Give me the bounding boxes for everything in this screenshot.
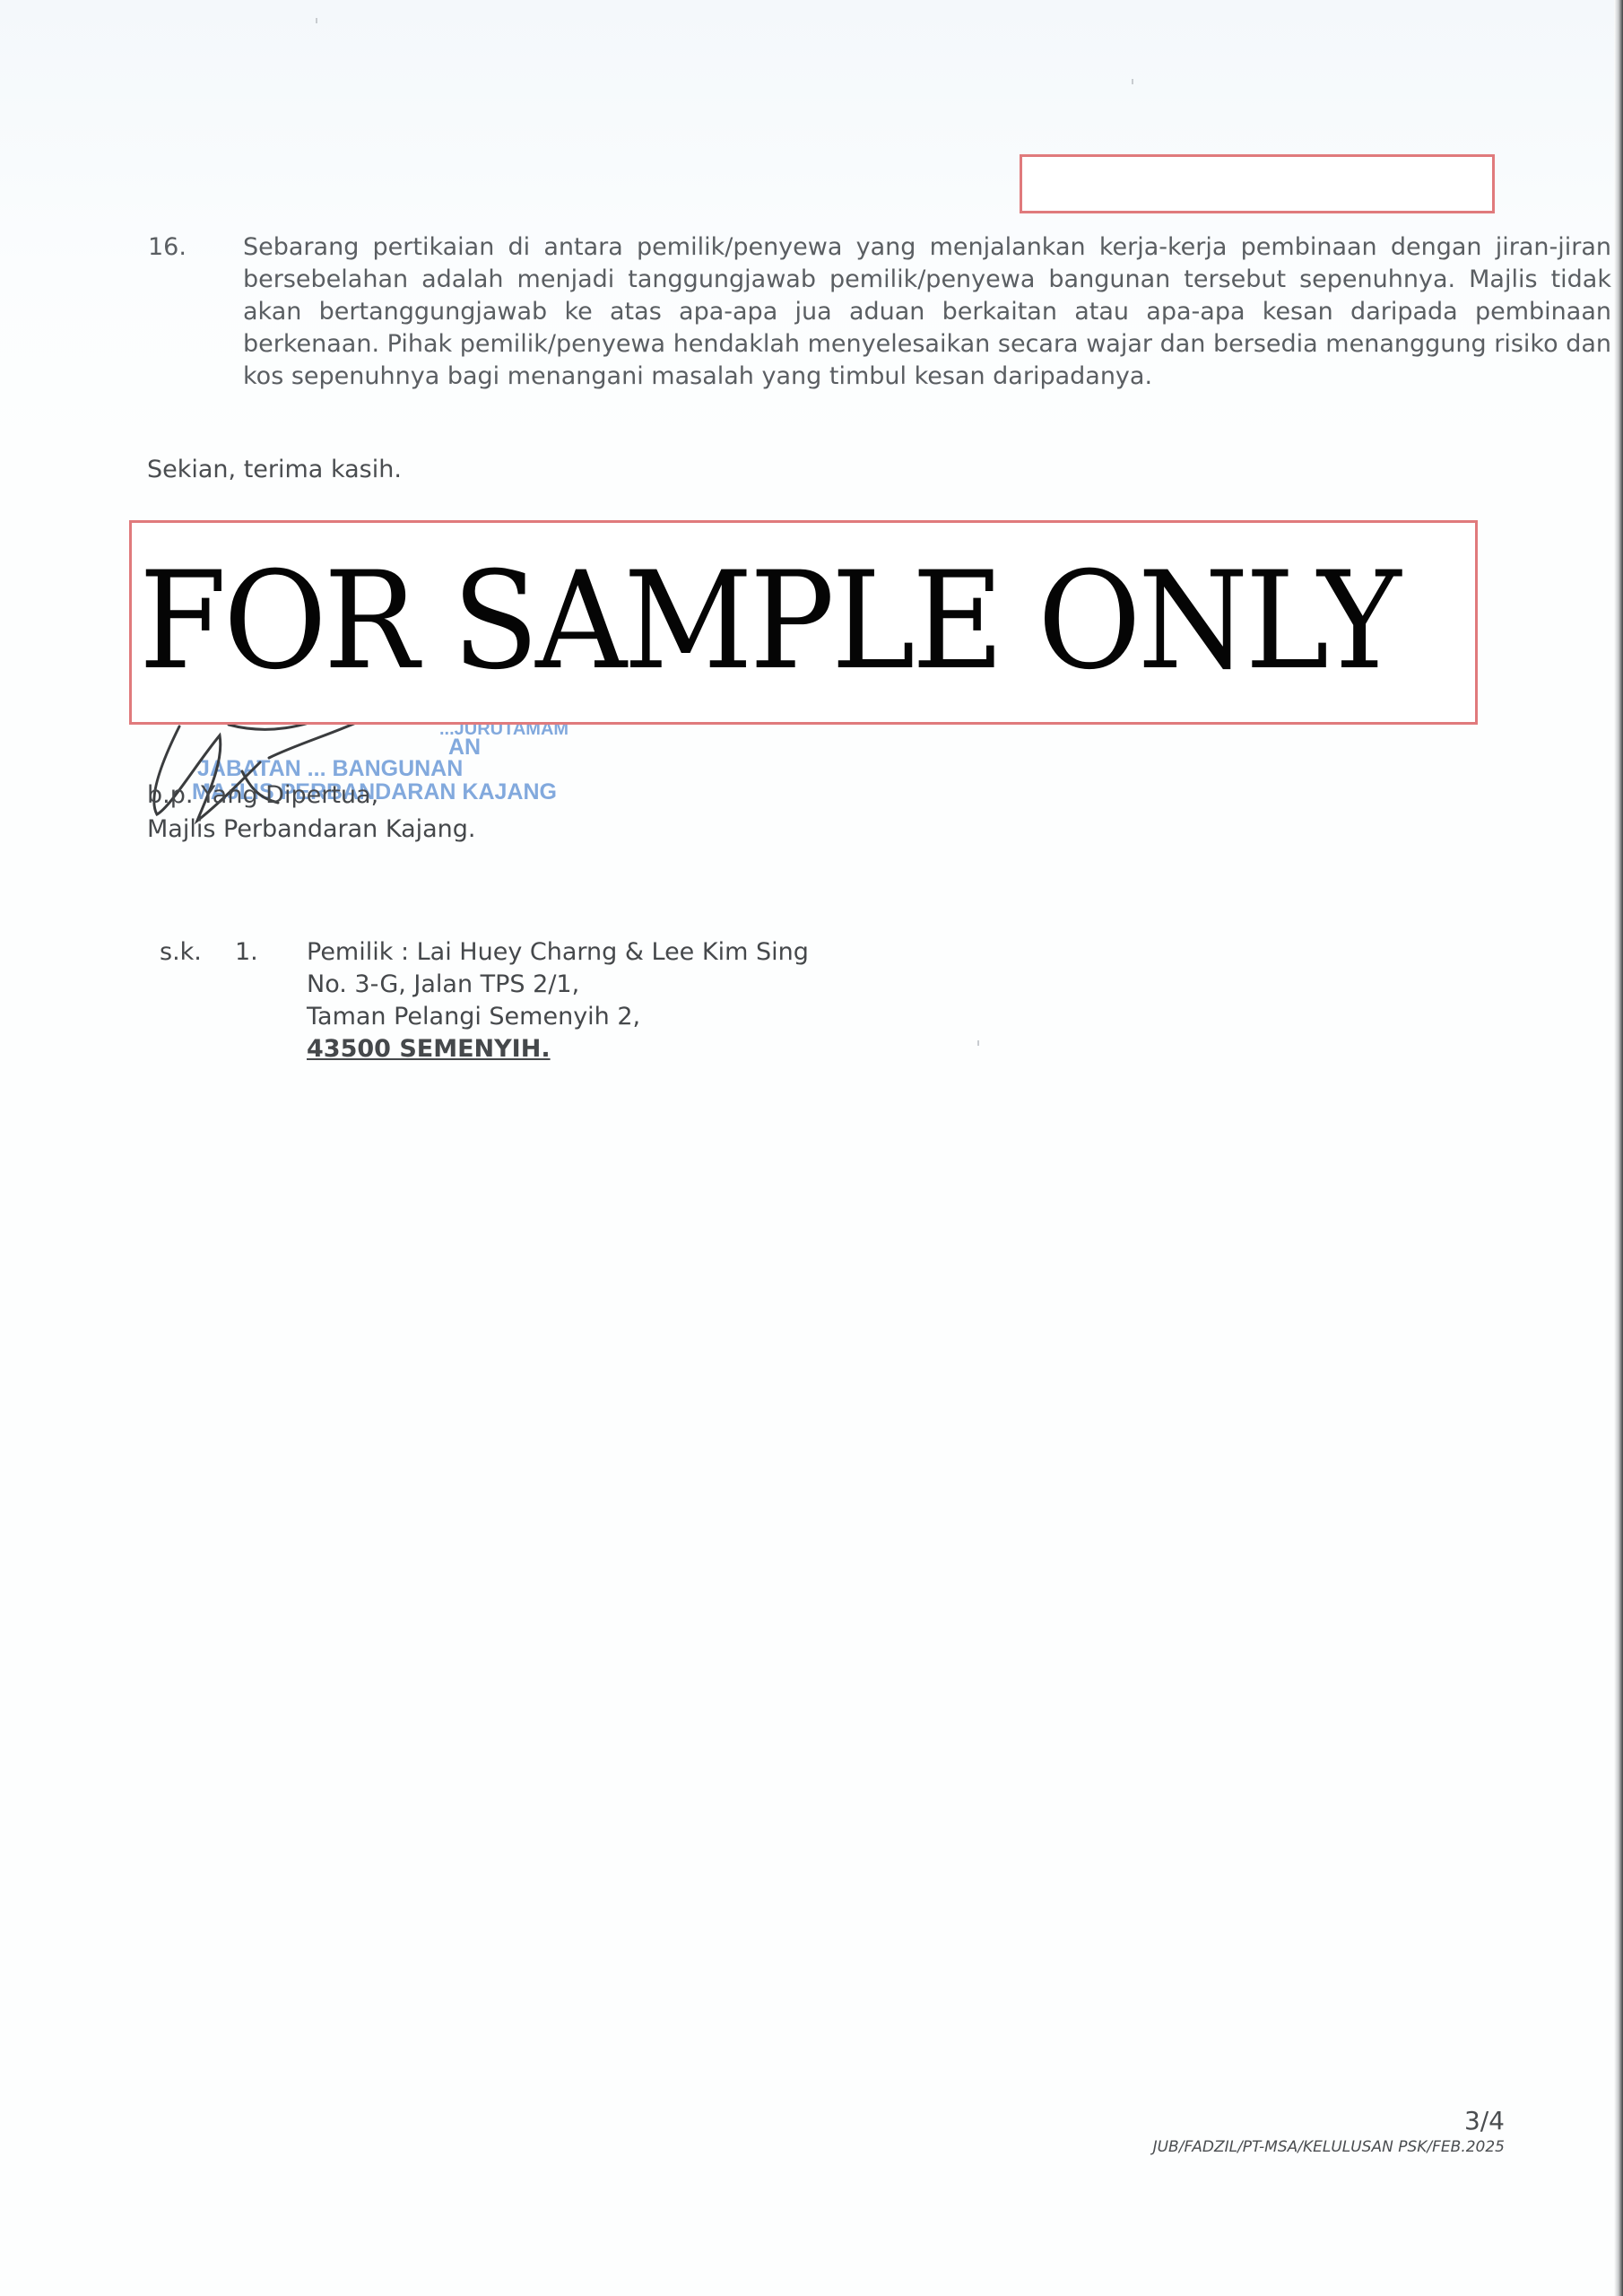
clause-number: 16. xyxy=(148,231,187,264)
cc-address-line: Taman Pelangi Semenyih 2, xyxy=(307,1001,809,1033)
scan-speck xyxy=(977,1040,979,1046)
reference-code: JUB/FADZIL/PT-MSA/KELULUSAN PSK/FEB.2025 xyxy=(1153,2138,1505,2156)
scan-edge-shadow xyxy=(1614,0,1623,2296)
sample-watermark-box: FOR SAMPLE ONLY xyxy=(129,520,1478,725)
scan-speck xyxy=(316,18,317,23)
signoff-block: b.p. Yang Dipertua, Majlis Perbandaran K… xyxy=(147,778,476,847)
sample-watermark-text: FOR SAMPLE ONLY xyxy=(139,550,1398,693)
redaction-box xyxy=(1020,154,1495,213)
cc-label: s.k. xyxy=(160,936,202,969)
page-number: 3/4 xyxy=(1464,2106,1505,2135)
cc-postcode-line: 43500 SEMENYIH. xyxy=(307,1033,809,1065)
cc-address: Pemilik : Lai Huey Charng & Lee Kim Sing… xyxy=(307,936,809,1065)
signoff-title: b.p. Yang Dipertua, xyxy=(147,778,476,813)
cc-address-line: No. 3-G, Jalan TPS 2/1, xyxy=(307,969,809,1001)
scan-speck xyxy=(1132,79,1133,84)
clause-text: Sebarang pertikaian di antara pemilik/pe… xyxy=(243,231,1611,393)
signoff-organisation: Majlis Perbandaran Kajang. xyxy=(147,813,476,847)
closing-line: Sekian, terima kasih. xyxy=(147,456,402,483)
cc-number: 1. xyxy=(235,936,258,969)
cc-owner-line: Pemilik : Lai Huey Charng & Lee Kim Sing xyxy=(307,936,809,969)
